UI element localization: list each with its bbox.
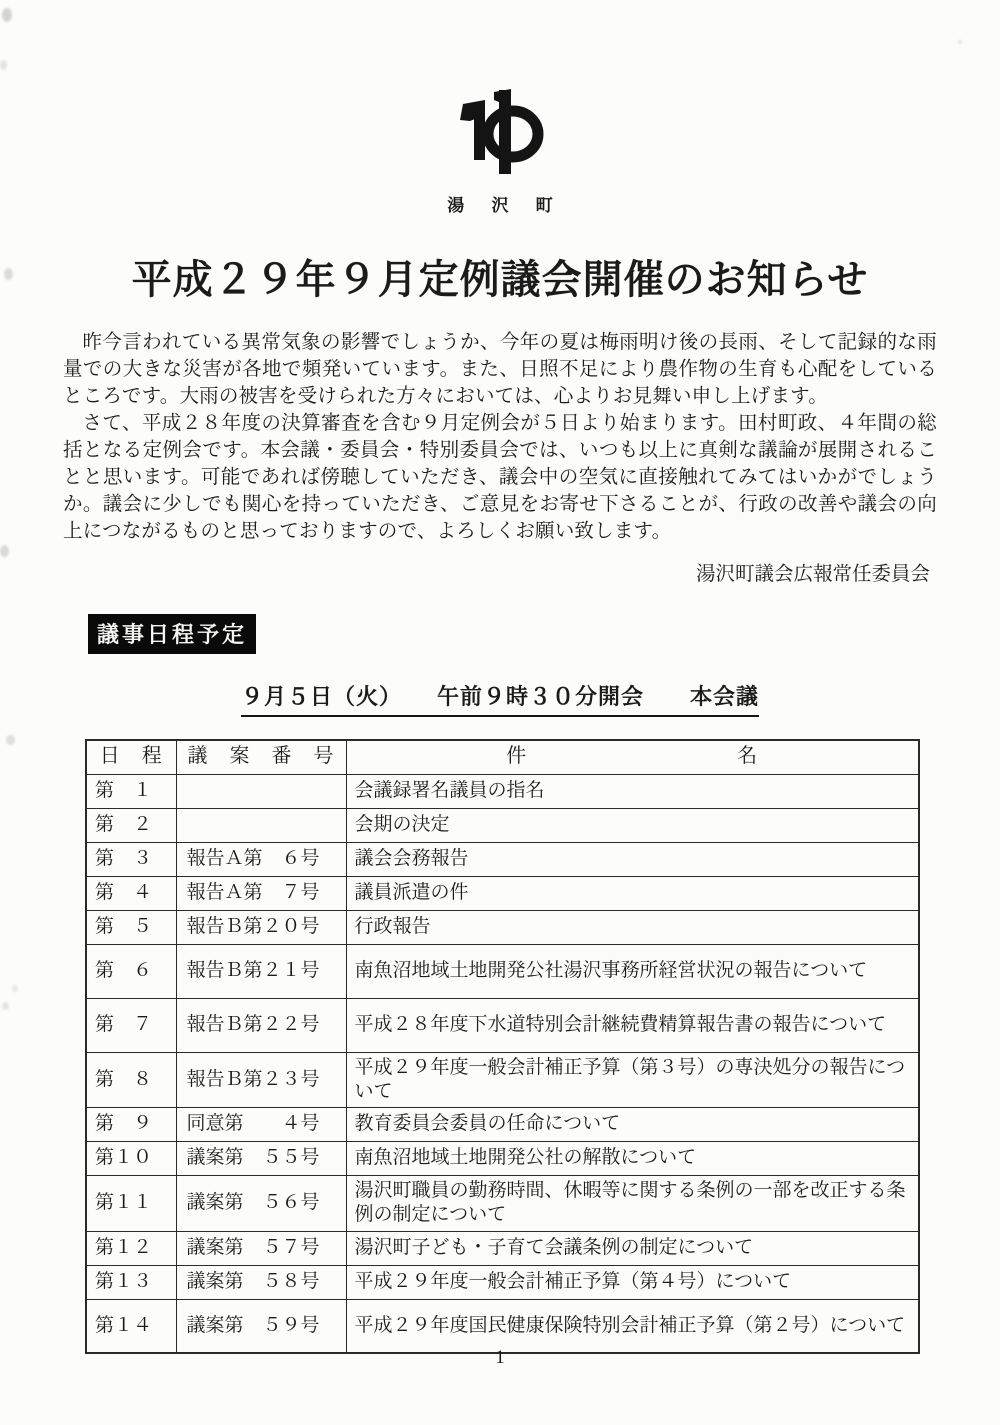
cell-bill-number: 報告Ｂ第２０号: [176, 910, 346, 944]
cell-bill-number: [176, 774, 346, 808]
page-number: 1: [495, 1347, 505, 1368]
scan-smudge: [958, 40, 962, 44]
scan-smudge: [0, 545, 9, 557]
table-row: 第１０ 議案第 ５５号 南魚沼地域土地開発公社の解散について: [86, 1142, 919, 1176]
cell-item-name: 平成２８年度下水道特別会計継続費精算報告書の報告について: [346, 998, 919, 1052]
scan-smudge: [4, 268, 13, 280]
section-label-agenda: 議事日程予定: [88, 614, 256, 654]
table-header-row: 日 程 議 案 番 号 件 名: [86, 740, 919, 774]
scan-smudge: [2, 1002, 9, 1010]
session-heading-text: ９月５日（火） 午前９時３０分開会 本会議: [241, 680, 759, 717]
page-title: 平成２９年９月定例議会開催のお知らせ: [0, 248, 1000, 305]
table-row: 第 ６ 報告Ｂ第２１号 南魚沼地域土地開発公社湯沢事務所経営状況の報告について: [86, 944, 919, 998]
cell-bill-number: 議案第 ５９号: [176, 1299, 346, 1353]
cell-item-name: 議会会務報告: [346, 842, 919, 876]
cell-bill-number: 議案第 ５７号: [176, 1231, 346, 1265]
cell-item-name: 湯沢町子ども・子育て会議条例の制定について: [346, 1231, 919, 1265]
scan-smudge: [6, 735, 15, 745]
table-row: 第 ２ 会期の決定: [86, 808, 919, 842]
cell-bill-number: 同意第 ４号: [176, 1108, 346, 1142]
cell-day: 第１３: [86, 1265, 176, 1299]
intro-paragraph-2: さて、平成２８年度の決算審査を含む９月定例会が５日より始まります。田村町政、４年…: [63, 410, 937, 545]
header-item-name: 件 名: [346, 740, 919, 774]
cell-day: 第 ３: [86, 842, 176, 876]
scan-smudge: [0, 60, 7, 70]
table-row: 第 ５ 報告Ｂ第２０号 行政報告: [86, 910, 919, 944]
table-row: 第１３ 議案第 ５８号 平成２９年度一般会計補正予算（第４号）について: [86, 1265, 919, 1299]
table-row: 第１１ 議案第 ５６号 湯沢町職員の勤務時間、休暇等に関する条例の一部を改正する…: [86, 1176, 919, 1232]
table-row: 第 ３ 報告Ａ第 ６号 議会会務報告: [86, 842, 919, 876]
town-name: 湯沢町: [0, 191, 1000, 216]
attribution: 湯沢町議会広報常任委員会: [0, 558, 1000, 586]
table-row: 第１２ 議案第 ５７号 湯沢町子ども・子育て会議条例の制定について: [86, 1231, 919, 1265]
cell-day: 第 ４: [86, 876, 176, 910]
cell-bill-number: [176, 808, 346, 842]
document-page: 湯沢町 平成２９年９月定例議会開催のお知らせ 昨今言われている異常気象の影響でし…: [0, 0, 1000, 1425]
header-bill-number: 議 案 番 号: [176, 740, 346, 774]
cell-item-name: 南魚沼地域土地開発公社湯沢事務所経営状況の報告について: [346, 944, 919, 998]
agenda-table-header: 日 程 議 案 番 号 件 名: [86, 740, 919, 774]
cell-item-name: 教育委員会委員の任命について: [346, 1108, 919, 1142]
schedule-section: 議事日程予定 ９月５日（火） 午前９時３０分開会 本会議 日 程 議 案 番 号…: [0, 614, 1000, 1354]
cell-day: 第 ７: [86, 998, 176, 1052]
cell-day: 第 １: [86, 774, 176, 808]
cell-bill-number: 議案第 ５５号: [176, 1142, 346, 1176]
intro-paragraph-1: 昨今言われている異常気象の影響でしょうか、今年の夏は梅雨明け後の長雨、そして記録…: [63, 329, 937, 410]
cell-day: 第 ６: [86, 944, 176, 998]
scan-smudge: [2, 8, 12, 22]
header-day: 日 程: [86, 740, 176, 774]
cell-item-name: 平成２９年度一般会計補正予算（第４号）について: [346, 1265, 919, 1299]
cell-item-name: 平成２９年度国民健康保険特別会計補正予算（第２号）について: [346, 1299, 919, 1353]
cell-item-name: 湯沢町職員の勤務時間、休暇等に関する条例の一部を改正する条例の制定について: [346, 1176, 919, 1232]
intro-section: 昨今言われている異常気象の影響でしょうか、今年の夏は梅雨明け後の長雨、そして記録…: [0, 329, 1000, 545]
yuzawa-town-logo-icon: [450, 88, 550, 176]
cell-item-name: 行政報告: [346, 910, 919, 944]
agenda-table: 日 程 議 案 番 号 件 名 第 １ 会議録署名議員の指名 第 ２ 会期の決定: [85, 739, 920, 1354]
table-row: 第 ８ 報告Ｂ第２３号 平成２９年度一般会計補正予算（第３号）の専決処分の報告に…: [86, 1052, 919, 1108]
cell-day: 第１１: [86, 1176, 176, 1232]
cell-bill-number: 報告Ａ第 ６号: [176, 842, 346, 876]
cell-bill-number: 報告Ｂ第２１号: [176, 944, 346, 998]
cell-day: 第１２: [86, 1231, 176, 1265]
cell-bill-number: 報告Ｂ第２２号: [176, 998, 346, 1052]
scan-smudge: [12, 985, 18, 992]
table-row: 第１４ 議案第 ５９号 平成２９年度国民健康保険特別会計補正予算（第２号）につい…: [86, 1299, 919, 1353]
page-footer: 1: [0, 1347, 1000, 1369]
cell-day: 第 ２: [86, 808, 176, 842]
cell-day: 第１４: [86, 1299, 176, 1353]
table-row: 第 ９ 同意第 ４号 教育委員会委員の任命について: [86, 1108, 919, 1142]
cell-day: 第 ５: [86, 910, 176, 944]
cell-item-name: 南魚沼地域土地開発公社の解散について: [346, 1142, 919, 1176]
cell-item-name: 会議録署名議員の指名: [346, 774, 919, 808]
cell-bill-number: 議案第 ５８号: [176, 1265, 346, 1299]
cell-item-name: 議員派遣の件: [346, 876, 919, 910]
table-row: 第 ４ 報告Ａ第 ７号 議員派遣の件: [86, 876, 919, 910]
cell-bill-number: 議案第 ５６号: [176, 1176, 346, 1232]
cell-item-name: 会期の決定: [346, 808, 919, 842]
table-row: 第 １ 会議録署名議員の指名: [86, 774, 919, 808]
session-heading: ９月５日（火） 午前９時３０分開会 本会議: [0, 680, 1000, 717]
cell-day: 第 ８: [86, 1052, 176, 1108]
table-row: 第 ７ 報告Ｂ第２２号 平成２８年度下水道特別会計継続費精算報告書の報告について: [86, 998, 919, 1052]
cell-item-name: 平成２９年度一般会計補正予算（第３号）の専決処分の報告について: [346, 1052, 919, 1108]
document-header: 湯沢町 平成２９年９月定例議会開催のお知らせ: [0, 0, 1000, 305]
cell-bill-number: 報告Ｂ第２３号: [176, 1052, 346, 1108]
cell-day: 第１０: [86, 1142, 176, 1176]
cell-bill-number: 報告Ａ第 ７号: [176, 876, 346, 910]
cell-day: 第 ９: [86, 1108, 176, 1142]
